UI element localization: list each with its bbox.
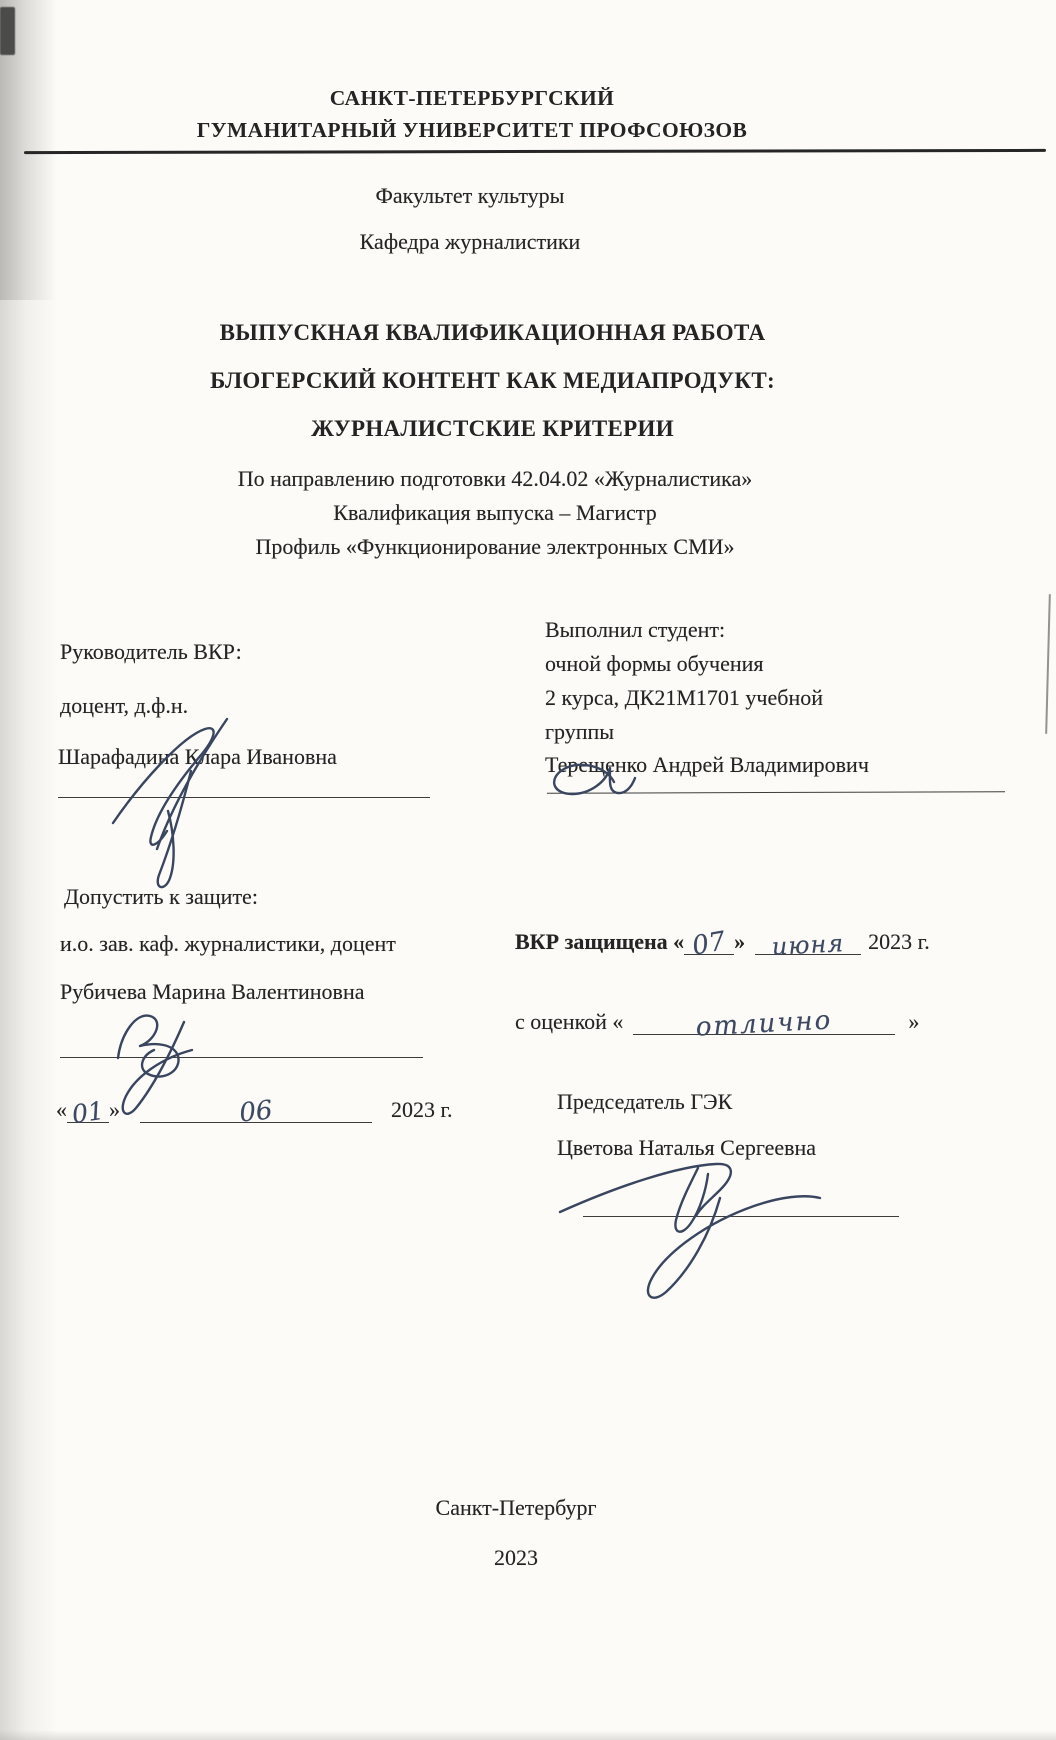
- admission-close-quote: »: [109, 1097, 120, 1122]
- defense-day-blank: 07: [684, 928, 734, 955]
- faculty-name: Факультет культуры: [0, 182, 940, 210]
- student-signature: [536, 752, 646, 807]
- admission-date-row: «01» 06 2023 г.: [56, 1096, 453, 1124]
- defense-date-row: ВКР защищена «07» июня 2023 г.: [515, 928, 930, 956]
- program-line: По направлению подготовки 42.04.02 «Журн…: [0, 465, 990, 493]
- scan-corner-mark: [0, 7, 15, 55]
- work-type: ВЫПУСКНАЯ КВАЛИФИКАЦИОННАЯ РАБОТА: [0, 320, 985, 346]
- admission-day-blank: 01: [67, 1096, 109, 1123]
- grade-open-quote: «: [612, 1009, 623, 1034]
- footer-year: 2023: [0, 1544, 1032, 1572]
- admission-year: 2023 г.: [391, 1097, 453, 1122]
- scan-right-edge-line: [1045, 594, 1051, 734]
- footer-city: Санкт-Петербург: [0, 1494, 1032, 1522]
- student-course-group: 2 курса, ДК21М1701 учебной: [545, 684, 823, 712]
- scan-bottom-edge-shadow: [0, 1730, 1056, 1740]
- grade-row: с оценкой « отлично »: [515, 1008, 919, 1036]
- admission-day-handwritten: 01: [65, 1094, 111, 1131]
- student-form: очной формы обучения: [545, 650, 764, 678]
- header-divider-rule: [24, 149, 1046, 155]
- supervisor-signature: [95, 715, 285, 895]
- supervisor-role: Руководитель ВКР:: [60, 638, 242, 666]
- university-name-line2: ГУМАНИТАРНЫЙ УНИВЕРСИТЕТ ПРОФСОЮЗОВ: [0, 118, 944, 143]
- defense-label: ВКР защищена: [515, 929, 668, 954]
- defense-month-blank: июня: [755, 928, 861, 955]
- university-name-line1: САНКТ-ПЕТЕРБУРГСКИЙ: [0, 86, 944, 111]
- defense-year: 2023 г.: [868, 929, 930, 954]
- grade-handwritten: отлично: [632, 1001, 895, 1047]
- qualification-line: Квалификация выпуска – Магистр: [0, 499, 990, 527]
- department-name: Кафедра журналистики: [0, 228, 940, 256]
- work-title-line2: ЖУРНАЛИСТСКИЕ КРИТЕРИИ: [0, 416, 985, 442]
- grade-label: с оценкой: [515, 1009, 607, 1034]
- grade-close-quote: »: [908, 1009, 919, 1034]
- student-label: Выполнил студент:: [545, 616, 725, 644]
- admission-position: и.о. зав. каф. журналистики, доцент: [60, 930, 396, 958]
- chair-signature: [548, 1150, 888, 1310]
- grade-blank: отлично: [633, 1008, 895, 1035]
- student-group-word: группы: [545, 718, 614, 746]
- profile-line: Профиль «Функционирование электронных СМ…: [0, 533, 990, 561]
- defense-day-handwritten: 07: [682, 923, 737, 964]
- admission-label: Допустить к защите:: [64, 883, 258, 911]
- chair-title: Председатель ГЭК: [557, 1088, 732, 1116]
- defense-close-quote: »: [734, 929, 745, 954]
- thesis-title-page: САНКТ-ПЕТЕРБУРГСКИЙ ГУМАНИТАРНЫЙ УНИВЕРС…: [0, 0, 1056, 1740]
- defense-month-handwritten: июня: [754, 927, 861, 963]
- work-title-line1: БЛОГЕРСКИЙ КОНТЕНТ КАК МЕДИАПРОДУКТ:: [0, 368, 985, 394]
- admission-month-blank: 06: [140, 1096, 372, 1123]
